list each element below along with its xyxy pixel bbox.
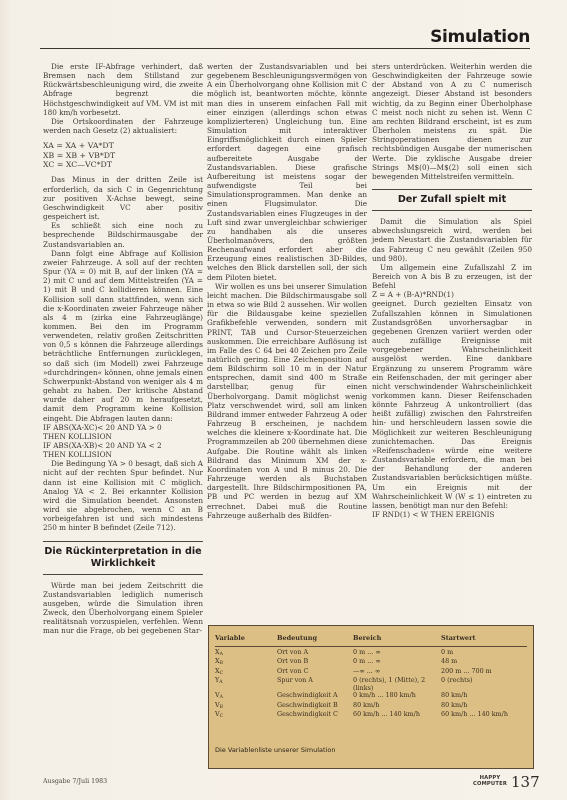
paragraph: Damit die Simulation als Spiel abwechslu… (372, 217, 532, 263)
table-header-row: Variable Bedeutung Bereich Startwert (215, 635, 527, 646)
paragraph: Wir wollen es uns bei unserer Simulation… (207, 282, 367, 520)
paragraph: Dann folgt eine Abfrage auf Kollision zw… (43, 249, 203, 423)
code-line: IF ABS(XA-XC)< 20 AND YA > 0 (43, 423, 203, 432)
code-line: XB = XB + VB*DT (43, 151, 203, 160)
column-header: Bedeutung (277, 635, 353, 646)
page-number: 137 (511, 773, 540, 791)
code-line: THEN KOLLISION (43, 432, 203, 441)
column-1: Die erste IF-Abfrage verhindert, daß Bre… (43, 62, 203, 636)
column-2: werten der Zustandsvariablen und bei geg… (207, 62, 367, 520)
column-header: Variable (215, 635, 277, 646)
variable-cell: VA (215, 692, 277, 702)
paragraph: Um allgemein eine Zufallszahl Z im Berei… (372, 263, 532, 290)
variable-cell: VC (215, 711, 277, 721)
variable-cell: XC (215, 668, 277, 678)
variable-cell: YA (215, 677, 277, 692)
table-row: YA Spur von A 0 (rechts), 1 (Mitte), 2 (… (215, 677, 527, 692)
code-line: THEN KOLLISION (43, 450, 203, 459)
issue-date: Ausgabe 7/Juli 1983 (43, 778, 107, 785)
code-block: XA = XA + VA*DT XB = XB + VB*DT XC = XC—… (43, 141, 203, 169)
paragraph: werten der Zustandsvariablen und bei geg… (207, 62, 367, 282)
code-line: IF RND(1) < W THEN EREIGNIS (372, 510, 532, 519)
code-block: IF ABS(XA-XC)< 20 AND YA > 0 THEN KOLLIS… (43, 423, 203, 460)
start-cell: 0 (rechts) (441, 677, 527, 692)
range-cell: 60 km/h ... 140 km/h (353, 711, 441, 721)
meaning-cell: Spur von A (277, 677, 353, 692)
paragraph: sters unterdrücken. Weiterhin werden die… (372, 62, 532, 181)
paragraph: Es schließt sich eine noch zu besprechen… (43, 221, 203, 248)
paragraph: Die erste IF-Abfrage verhindert, daß Bre… (43, 62, 203, 117)
code-line: IF ABS(XA-XB)< 20 AND YA < 2 (43, 441, 203, 450)
magazine-page: Simulation Die erste IF-Abfrage verhinde… (0, 0, 567, 800)
variable-cell: XB (215, 658, 277, 668)
column-header: Startwert (441, 635, 527, 646)
section-heading: Die Rückinterpretation in die Wirklichke… (43, 541, 203, 575)
code-line: XC = XC—VC*DT (43, 160, 203, 169)
column-header: Bereich (353, 635, 441, 646)
start-cell: 60 km/h ... 140 km/h (441, 711, 527, 721)
section-title: Simulation (430, 27, 530, 47)
table-caption: Die Variablenliste unserer Simulation (215, 747, 335, 755)
range-cell: 0 (rechts), 1 (Mitte), 2 (links) (353, 677, 441, 692)
table-row: VC Geschwindigkeit C 60 km/h ... 140 km/… (215, 711, 527, 721)
column-3: sters unterdrücken. Weiterhin werden die… (372, 62, 532, 519)
code-line: Z = A + (B-A)*RND(1) (372, 290, 532, 299)
section-heading: Der Zufall spielt mit (372, 189, 532, 211)
paragraph: Die Ortskoordinaten der Fahrzeuge werden… (43, 117, 203, 135)
paragraph: Die Bedingung YA > 0 besagt, daß sich A … (43, 459, 203, 532)
page-header: Simulation (40, 18, 530, 49)
variable-table: Variable Bedeutung Bereich Startwert XA … (215, 635, 527, 721)
variable-cell: XA (215, 646, 277, 658)
variable-table-box: Variable Bedeutung Bereich Startwert XA … (208, 625, 534, 769)
paragraph: geeignet. Durch gezielten Einsatz von Zu… (372, 299, 532, 510)
paragraph: Würde man bei jedem Zeitschritt die Zust… (43, 581, 203, 636)
variable-cell: VB (215, 702, 277, 712)
code-line: XA = XA + VA*DT (43, 141, 203, 150)
meaning-cell: Geschwindigkeit C (277, 711, 353, 721)
paragraph: Das Minus in der dritten Zeile ist erfor… (43, 175, 203, 221)
magazine-logo: HAPPY COMPUTER (471, 775, 509, 791)
